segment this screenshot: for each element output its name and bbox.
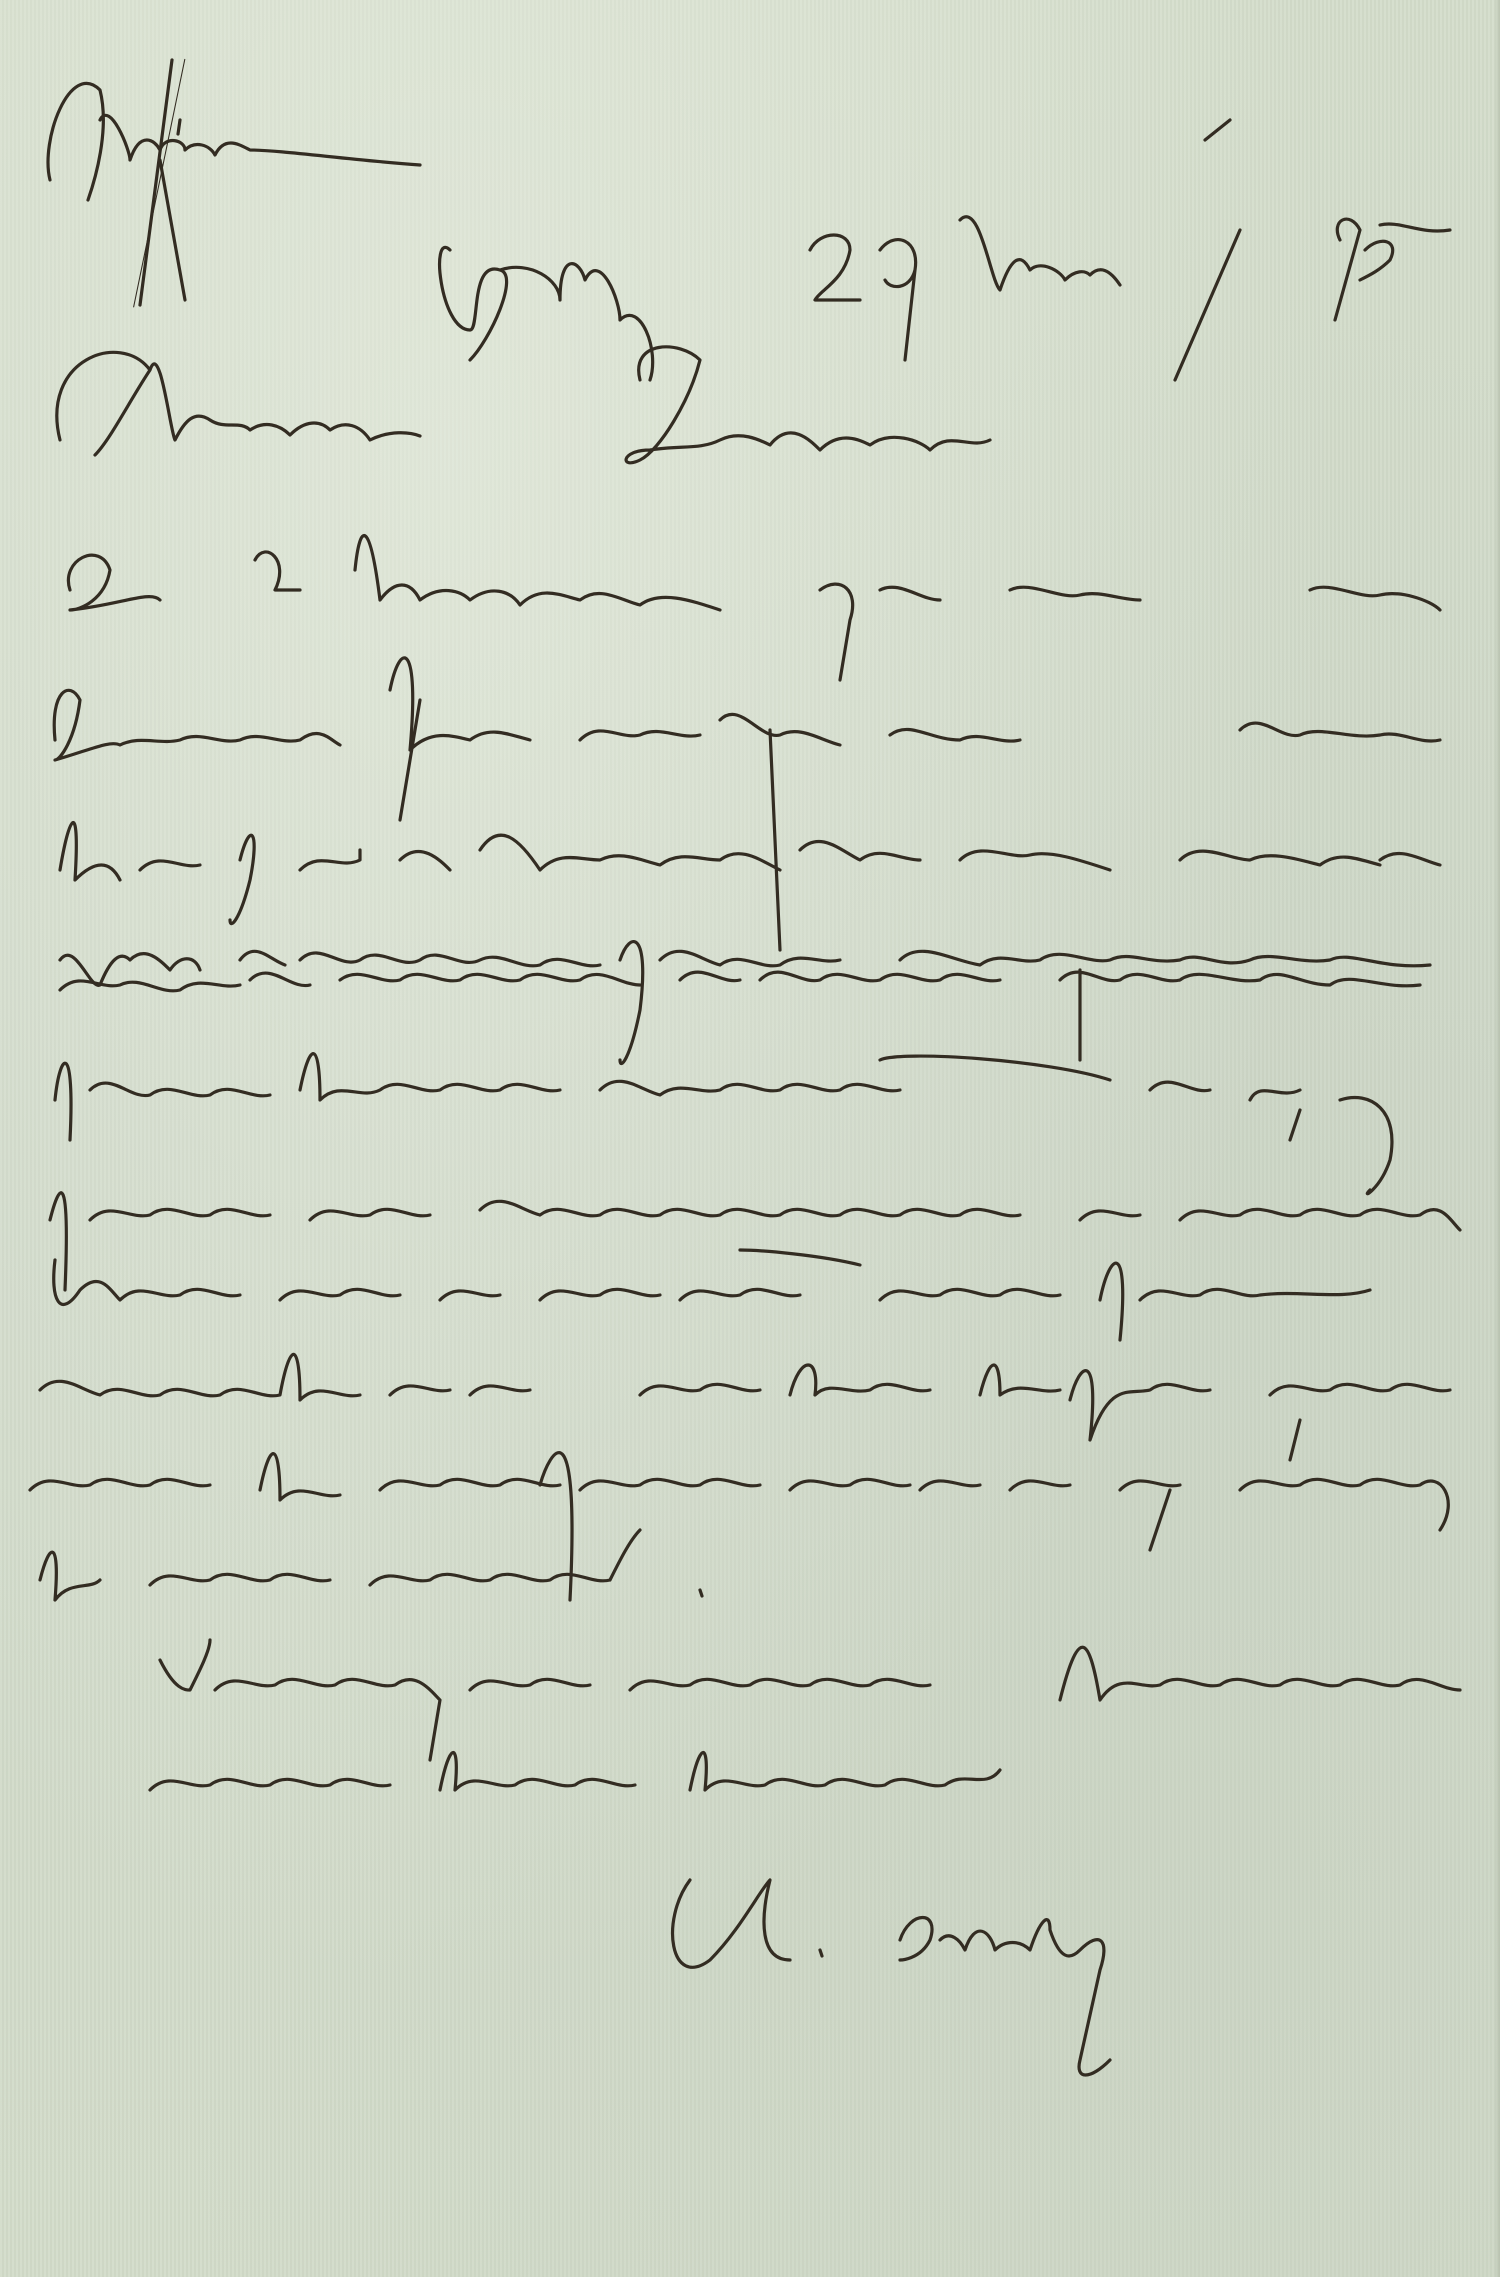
handwriting-strokes bbox=[0, 0, 1500, 2277]
